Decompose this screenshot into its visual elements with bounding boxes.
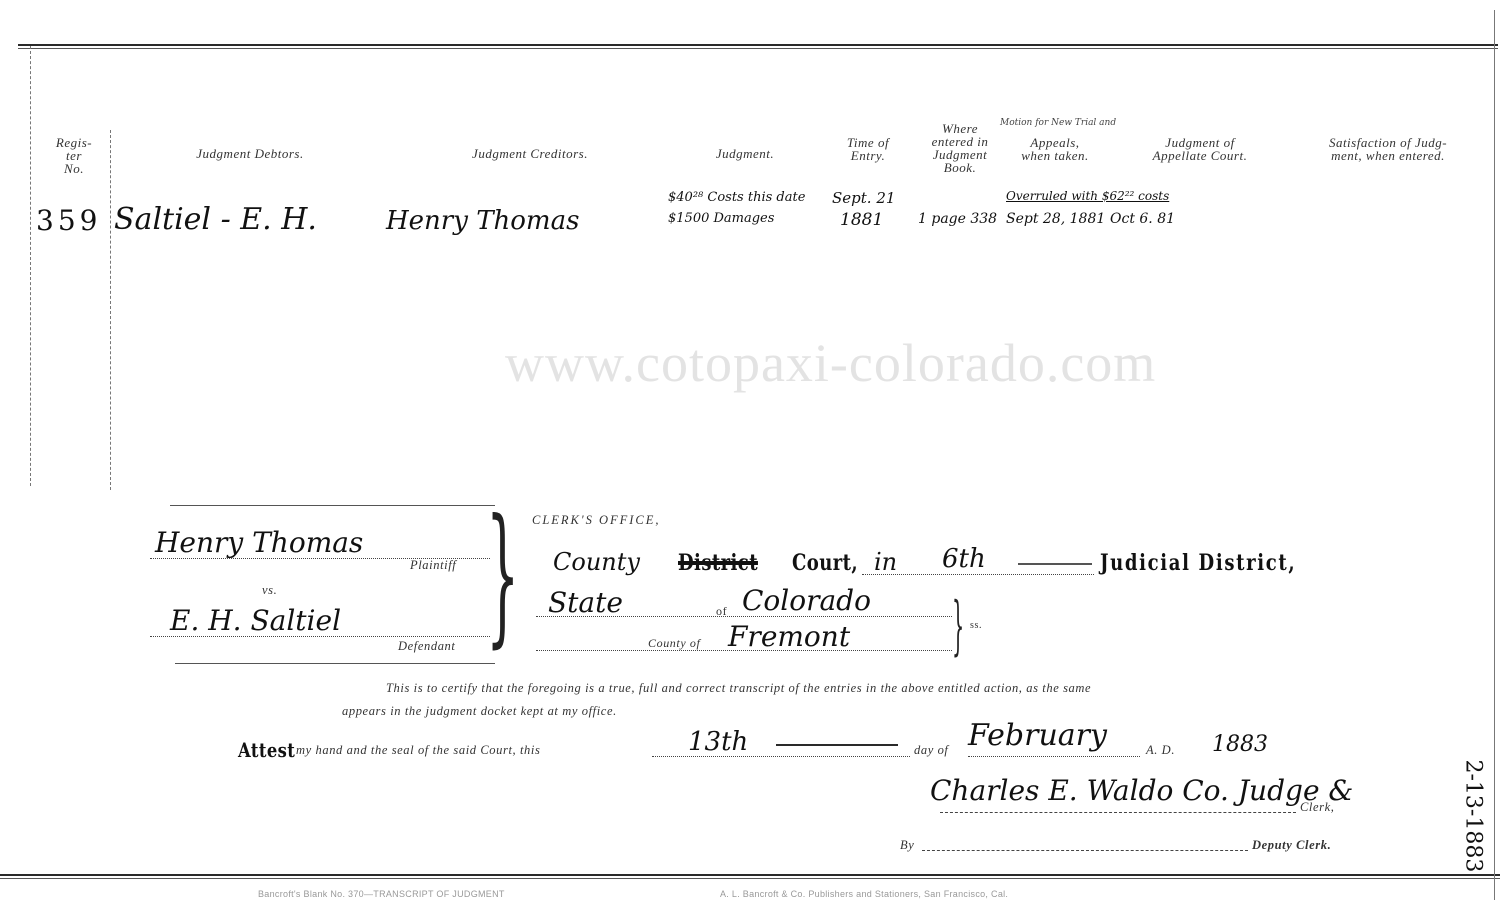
appellate-judgment-date: Oct 6. 81 [1110,211,1175,227]
plaintiff-name: Henry Thomas [155,526,363,559]
judgment-creditor: Henry Thomas [386,206,579,236]
register-number: 359 [36,204,101,237]
column-header-judgment: Judgment. [680,147,810,160]
clerk-label: Clerk, [1300,800,1335,815]
state-prefix: State [548,586,623,619]
margin-date-note: 2-13-1883 [1461,760,1486,870]
district-label: Judicial District, [1100,550,1296,576]
ss-label: ss. [970,620,982,631]
defendant-line [150,636,490,637]
deputy-clerk-label: Deputy Clerk. [1252,838,1331,853]
attest-month: February [968,718,1107,753]
caption-bottom-rule [175,663,495,664]
attest-year: 1883 [1212,732,1268,757]
certification-line-2: appears in the judgment docket kept at m… [342,704,617,719]
bottom-border-rule-inner [0,878,1500,879]
year-prefix: A. D. [1146,743,1175,758]
state-line [536,616,952,617]
court-type-struck: District [678,550,758,576]
column-header-creditors: Judgment Creditors. [420,147,640,160]
attest-day: 13th [688,727,748,757]
register-column-rule [110,130,111,490]
column-header-time-of-entry: Time of Entry. [828,136,908,162]
entry-year: 1881 [840,210,883,230]
appeal-ruling: Overruled with $62²² costs [1006,189,1169,203]
appeals-header-annotation: Motion for New Trial and [1000,118,1120,128]
certification-line-1: This is to certify that the foregoing is… [386,681,1091,696]
day-label: day of [914,743,949,758]
clerk-office-heading: CLERK'S OFFICE, [532,513,661,528]
left-margin-rule [30,46,31,486]
plaintiff-label: Plaintiff [410,558,456,573]
state-name: Colorado [742,584,871,617]
by-label: By [900,838,914,853]
deputy-line [922,850,1248,851]
column-header-register-no: Regis- ter No. [44,136,104,175]
form-imprint: Bancroft's Blank No. 370—TRANSCRIPT OF J… [258,889,505,899]
judgment-damages: $1500 Damages [668,211,774,226]
court-type: County [553,548,640,576]
attest-word: Attest [238,738,295,762]
judgment-book-reference: 1 page 338 [918,211,997,227]
clerk-signature-line [940,812,1296,813]
bottom-border-rule [0,874,1500,876]
versus-label: vs. [262,583,277,598]
defendant-label: Defendant [398,639,455,654]
judgment-debtor: Saltiel - E. H. [114,202,317,237]
county-name: Fremont [728,620,850,653]
column-header-where-entered: Where entered in Judgment Book. [910,122,1010,174]
venue-brace: } [952,594,964,658]
clerk-signature: Charles E. Waldo Co. Judge & [930,774,1353,807]
in-word: in [874,548,897,576]
publisher-imprint: A. L. Bancroft & Co. Publishers and Stat… [720,889,1008,899]
top-border-rule-inner [18,48,1498,49]
watermark: www.cotopaxi-colorado.com [505,332,1156,394]
top-border-rule [18,44,1498,46]
day-dash [776,744,898,746]
caption-top-rule [170,505,495,506]
attest-text: my hand and the seal of the said Court, … [296,743,540,758]
column-header-debtors: Judgment Debtors. [150,147,350,160]
right-border-rule [1494,10,1495,900]
column-header-satisfaction: Satisfaction of Judg- ment, when entered… [1298,136,1478,162]
judgment-costs: $40²⁸ Costs this date [668,190,805,205]
appeal-date: Sept 28, 1881 [1006,211,1105,227]
caption-brace: } [486,500,519,650]
district-number: 6th [942,544,986,574]
column-header-appellate-judgment: Judgment of Appellate Court. [1125,136,1275,162]
county-label: County of [648,636,700,651]
column-header-appeals: Appeals, when taken. [1000,136,1110,162]
county-line [536,650,952,651]
court-label: Court, [792,550,858,576]
entry-date: Sept. 21 [832,189,895,207]
month-line [968,756,1140,757]
defendant-name: E. H. Saltiel [170,604,341,637]
district-dash [1018,563,1092,565]
